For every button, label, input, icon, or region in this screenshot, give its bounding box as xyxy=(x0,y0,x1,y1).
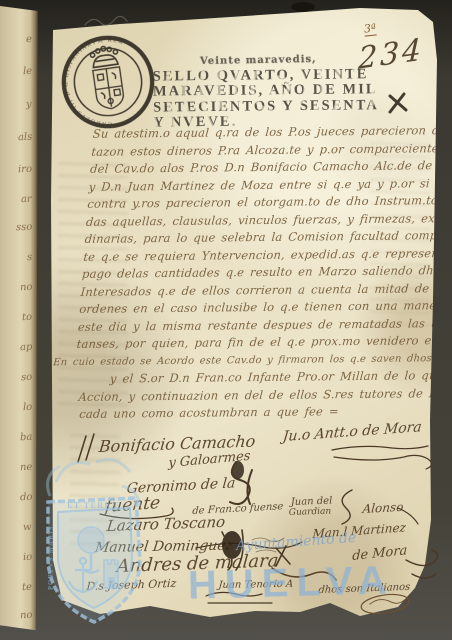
manuscript-line: cada uno como acostumbran a que fee = xyxy=(79,402,432,423)
margin-fragment: ba xyxy=(19,432,32,443)
royal-seal-carolus-iii: CAROLVS·III·D·G·HISPANIARVM·REX· xyxy=(54,26,163,138)
stamp-revalidation-line: Veinte maravedis, xyxy=(200,54,317,67)
folio-annotation: 3ª xyxy=(363,21,377,36)
edge-smudge xyxy=(291,2,315,12)
margin-fragment: no xyxy=(19,610,32,621)
adjacent-page-strip: e le y als iro ar sso s no to ap so lo b… xyxy=(0,6,38,634)
margin-fragment: ne xyxy=(19,462,32,473)
margin-fragment: ar xyxy=(21,194,32,205)
signature: Alonso xyxy=(362,500,404,516)
margin-fragment: w xyxy=(23,522,32,533)
margin-fragment: do xyxy=(19,492,32,503)
margin-fragment: lo xyxy=(23,402,33,413)
manuscript-line: Accion, y continuazion en del de ellos S… xyxy=(78,385,433,406)
margin-fragment: ap xyxy=(19,342,32,353)
margin-fragment: no xyxy=(19,282,32,293)
margin-fragment: e xyxy=(26,34,32,45)
signature: Guardian xyxy=(289,507,332,518)
margin-fragment: te xyxy=(22,582,32,593)
manuscript-body: Su atestim.o aqual q.ra de los P.os juec… xyxy=(71,122,452,424)
margin-fragment: y xyxy=(26,99,32,110)
shield-icon xyxy=(93,67,125,111)
margin-fragment: io xyxy=(23,552,33,563)
margin-fragment: sso xyxy=(16,222,33,234)
archive-stamp-city: HUELVA xyxy=(187,558,395,608)
signature: fuente xyxy=(104,493,161,517)
pencil-scribble xyxy=(85,16,127,25)
margin-fragment: s xyxy=(27,252,33,263)
margin-fragment: to xyxy=(22,312,32,323)
margin-fragment: le xyxy=(23,66,33,77)
margin-fragment: so xyxy=(21,372,33,383)
margin-fragment: als xyxy=(18,132,33,143)
document-scan: e le y als iro ar sso s no to ap so lo b… xyxy=(0,0,452,640)
margin-fragment: iro xyxy=(18,164,32,175)
